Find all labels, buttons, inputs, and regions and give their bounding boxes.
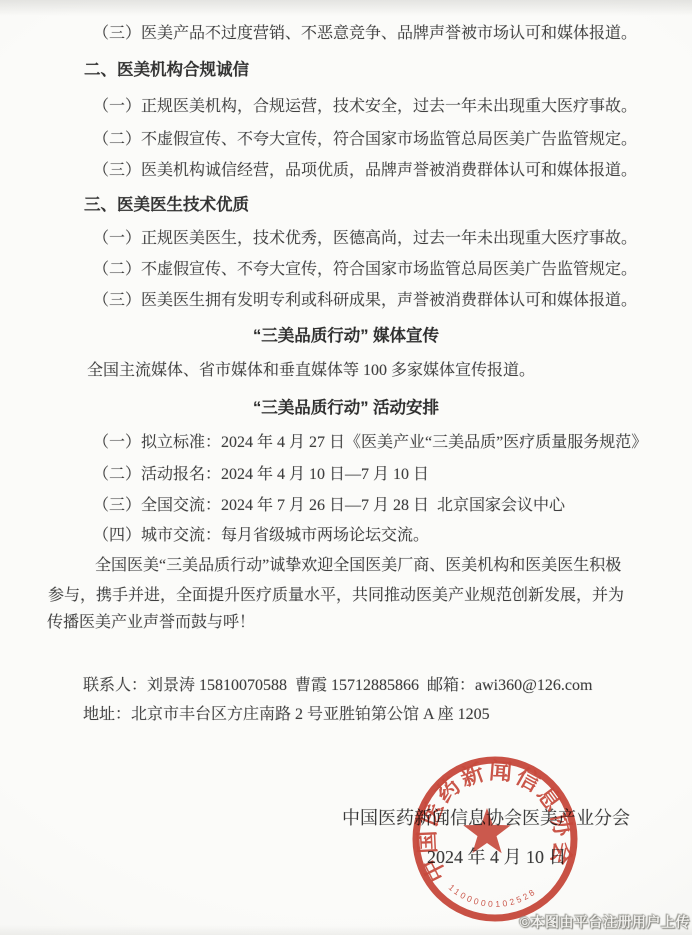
scanned-document: （三）医美产品不过度营销、不恶意竞争、品牌声誉被市场认可和媒体报道。 二、医美机… bbox=[0, 0, 692, 935]
center-heading-media: “三美品质行动” 媒体宣传 bbox=[0, 326, 692, 346]
contact-line: 联系人：刘景涛 15810070588 曹霞 15712885866 邮箱：aw… bbox=[83, 676, 592, 696]
clause-item: （二）不虚假宣传、不夸大宣传，符合国家市场监管总局医美广告监管规定。 bbox=[93, 130, 637, 150]
svg-text:1100000102528: 1100000102528 bbox=[447, 882, 538, 909]
official-seal-stamp: 中国医药新闻信息协会 1100000102528 bbox=[409, 753, 581, 925]
closing-paragraph-line: 参与，携手并进，全面提升医疗质量水平，共同推动医美产业规范创新发展，并为 bbox=[48, 586, 624, 606]
seal-star-icon bbox=[463, 808, 511, 853]
clause-item: （一）正规医美医生，技术优秀，医德高尚，过去一年未出现重大医疗事故。 bbox=[93, 229, 637, 249]
seal-arc-text: 中国医药新闻信息协会 bbox=[415, 757, 577, 885]
schedule-item: （四）城市交流：每月省级城市两场论坛交流。 bbox=[93, 526, 429, 546]
clause-item: （一）正规医美机构，合规运营，技术安全，过去一年未出现重大医疗事故。 bbox=[93, 97, 637, 117]
clause-item: （三）医美产品不过度营销、不恶意竞争、品牌声誉被市场认可和媒体报道。 bbox=[93, 24, 637, 44]
section-heading-3: 三、医美医生技术优质 bbox=[84, 195, 249, 215]
seal-serial-number: 1100000102528 bbox=[447, 882, 538, 909]
platform-watermark: ©本图由平台注册用户上传 bbox=[520, 912, 690, 932]
clause-item: （三）医美机构诚信经营，品项优质，品牌声誉被消费群体认可和媒体报道。 bbox=[93, 161, 637, 181]
address-line: 地址：北京市丰台区方庄南路 2 号亚胜铂第公馆 A 座 1205 bbox=[83, 705, 490, 725]
clause-item: （二）不虚假宣传、不夸大宣传，符合国家市场监管总局医美广告监管规定。 bbox=[93, 260, 637, 280]
schedule-item: （三）全国交流：2024 年 7 月 26 日—7 月 28 日 北京国家会议中… bbox=[93, 496, 565, 516]
closing-paragraph-line: 全国医美“三美品质行动”诚挚欢迎全国医美厂商、医美机构和医美医生积极 bbox=[95, 556, 621, 576]
svg-text:中国医药新闻信息协会: 中国医药新闻信息协会 bbox=[415, 757, 577, 885]
schedule-item: （二）活动报名：2024 年 4 月 10 日—7 月 10 日 bbox=[93, 465, 429, 485]
media-summary-line: 全国主流媒体、省市媒体和垂直媒体等 100 多家媒体宣传报道。 bbox=[87, 361, 535, 381]
clause-item: （三）医美医生拥有发明专利或科研成果，声誉被消费群体认可和媒体报道。 bbox=[93, 291, 637, 311]
closing-paragraph-line: 传播医美产业声誉而鼓与呼！ bbox=[47, 613, 255, 633]
center-heading-schedule: “三美品质行动” 活动安排 bbox=[0, 398, 692, 418]
section-heading-2: 二、医美机构合规诚信 bbox=[84, 60, 249, 80]
schedule-item: （一）拟立标准：2024 年 4 月 27 日《医美产业“三美品质”医疗质量服务… bbox=[93, 433, 647, 453]
